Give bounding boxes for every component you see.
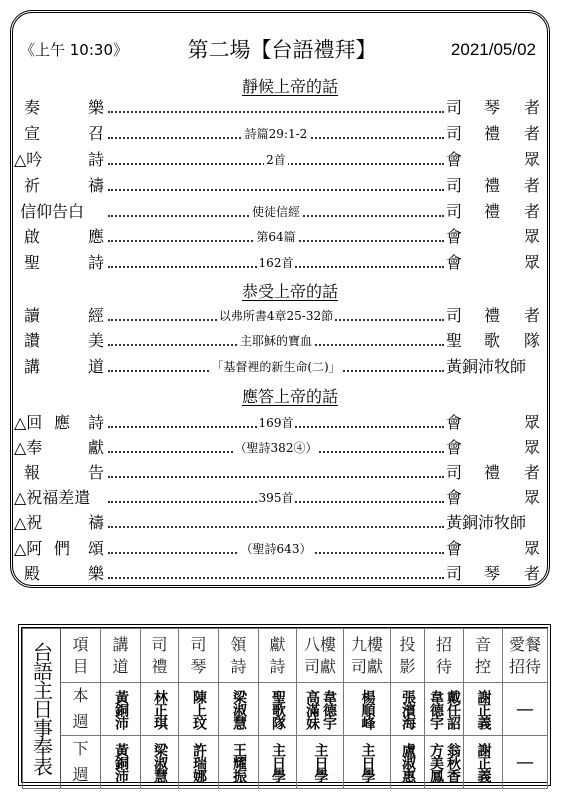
- schedule-cell: 主日學: [259, 736, 297, 789]
- schedule-cell: 黃銅沛: [101, 736, 141, 789]
- schedule-week-label: 本週: [61, 683, 101, 736]
- schedule-header-cell: 司禮: [141, 629, 179, 683]
- schedule-cell: 主日學: [297, 736, 344, 789]
- liturgy-item-label: 奏樂: [18, 96, 106, 120]
- dot-leader: 第64篇: [108, 225, 444, 249]
- schedule-cell: —: [503, 683, 548, 736]
- liturgy-row: 啟應第64篇會眾: [18, 225, 544, 249]
- schedule-header-cell: 愛餐招待: [503, 629, 548, 683]
- liturgy-item-leader: 司琴者: [446, 96, 540, 120]
- liturgy-item-detail: 以弗所書4章25-32節: [217, 309, 335, 323]
- schedule-header-cell: 音控: [464, 629, 503, 683]
- schedule-cell: 陳上玟: [179, 683, 219, 736]
- ministry-schedule-table: 台語主日事奉表 項目講道司禮司琴領詩獻詩八樓司獻九樓司獻投影招待音控愛餐招待 本…: [18, 624, 551, 786]
- liturgy-item-label: △吟詩: [18, 148, 106, 172]
- schedule-cell: 王耀振: [219, 736, 259, 789]
- liturgy-row: 報告司禮者: [18, 461, 544, 485]
- schedule-header-cell: 講道: [101, 629, 141, 683]
- liturgy-item-label: 聖詩: [18, 251, 106, 275]
- dot-leader: （聖詩382④）: [108, 436, 444, 460]
- schedule-cell: 林正琪: [141, 683, 179, 736]
- schedule-cell: 韋德宇戴任詔: [425, 683, 464, 736]
- liturgy-item-leader: 黃銅沛牧師: [446, 355, 540, 379]
- section-title-1: 靜候上帝的話: [0, 74, 564, 97]
- liturgy-item-detail: 「基督裡的新生命(二)」: [209, 360, 342, 374]
- liturgy-item-leader: 會眾: [446, 148, 540, 172]
- liturgy-item-detail: 2首: [264, 153, 288, 167]
- liturgy-item-leader: 司禮者: [446, 461, 540, 485]
- section-title-2: 恭受上帝的話: [0, 279, 564, 302]
- schedule-header-cell: 領詩: [219, 629, 259, 683]
- service-date: 2021/05/02: [451, 36, 536, 64]
- dot-leader: [108, 96, 444, 120]
- schedule-week-label: 下週: [61, 736, 101, 789]
- liturgy-row: 講道「基督裡的新生命(二)」黃銅沛牧師: [18, 355, 544, 379]
- liturgy-item-leader: 會眾: [446, 251, 540, 275]
- liturgy-item-detail: 詩篇29:1-2: [243, 127, 310, 141]
- schedule-cell: 梁淑慧: [219, 683, 259, 736]
- dot-leader: 使徒信經: [108, 200, 444, 224]
- dot-leader: 以弗所書4章25-32節: [108, 304, 444, 328]
- liturgy-item-leader: 黃銅沛牧師: [446, 511, 540, 535]
- liturgy-item-leader: 會眾: [446, 225, 540, 249]
- liturgy-item-label: △回應詩: [18, 411, 106, 435]
- liturgy-item-label: 殿樂: [18, 562, 106, 586]
- schedule-cell: 謝正義: [464, 736, 503, 789]
- liturgy-row: 殿樂司琴者: [18, 562, 544, 586]
- schedule-header-cell: 九樓司獻: [344, 629, 391, 683]
- dot-leader: 395首: [108, 486, 444, 510]
- liturgy-item-label: △阿們頌: [18, 537, 106, 561]
- schedule-title: 台語主日事奉表: [23, 629, 61, 789]
- liturgy-item-leader: 司禮者: [446, 122, 540, 146]
- liturgy-row: 聖詩162首會眾: [18, 251, 544, 275]
- liturgy-item-detail: （聖詩643）: [239, 542, 314, 556]
- dot-leader: [108, 511, 444, 535]
- schedule-cell: —: [503, 736, 548, 789]
- liturgy-item-detail: 395首: [257, 491, 296, 505]
- schedule-cell: 楊順峰: [344, 683, 391, 736]
- schedule-header-cell: 招待: [425, 629, 464, 683]
- liturgy-item-label: △祝福差遣: [18, 486, 106, 510]
- dot-leader: 「基督裡的新生命(二)」: [108, 355, 444, 379]
- schedule-cell: 聖歌隊: [259, 683, 297, 736]
- liturgy-item-leader: 聖歌隊: [446, 329, 540, 353]
- liturgy-item-detail: （聖詩382④）: [233, 441, 320, 455]
- liturgy-item-label: 報告: [18, 461, 106, 485]
- liturgy-row: △吟詩2首會眾: [18, 148, 544, 172]
- schedule-cell: 許瑞娜: [179, 736, 219, 789]
- liturgy-item-leader: 司禮者: [446, 304, 540, 328]
- liturgy-row: 祈禱司禮者: [18, 174, 544, 198]
- dot-leader: （聖詩643）: [108, 537, 444, 561]
- liturgy-item-detail: 使徒信經: [250, 205, 302, 219]
- dot-leader: 主耶穌的寶血: [108, 329, 444, 353]
- liturgy-item-label: 祈禱: [18, 174, 106, 198]
- liturgy-row: △回應詩169首會眾: [18, 411, 544, 435]
- liturgy-item-leader: 司禮者: [446, 174, 540, 198]
- schedule-cell: 張濱海: [391, 683, 425, 736]
- liturgy-item-label: 啟應: [18, 225, 106, 249]
- schedule-header-cell: 項目: [61, 629, 101, 683]
- liturgy-item-detail: 169首: [257, 416, 296, 430]
- dot-leader: [108, 461, 444, 485]
- liturgy-row: 奏樂司琴者: [18, 96, 544, 120]
- liturgy-item-detail: 主耶穌的寶血: [238, 334, 314, 348]
- liturgy-row: 宣召詩篇29:1-2司禮者: [18, 122, 544, 146]
- liturgy-row: △祝福差遣395首會眾: [18, 486, 544, 510]
- liturgy-item-detail: 第64篇: [254, 230, 297, 244]
- liturgy-item-label: 讀經: [18, 304, 106, 328]
- liturgy-row: △奉獻（聖詩382④）會眾: [18, 436, 544, 460]
- liturgy-item-label: △祝禱: [18, 511, 106, 535]
- liturgy-item-label: 宣召: [18, 122, 106, 146]
- liturgy-item-leader: 會眾: [446, 436, 540, 460]
- liturgy-item-leader: 司琴者: [446, 562, 540, 586]
- liturgy-item-leader: 司禮者: [446, 200, 540, 224]
- dot-leader: 詩篇29:1-2: [108, 122, 444, 146]
- liturgy-item-label: 講道: [18, 355, 106, 379]
- dot-leader: [108, 174, 444, 198]
- dot-leader: 2首: [108, 148, 444, 172]
- schedule-cell: 梁淑慧: [141, 736, 179, 789]
- schedule-header-cell: 投影: [391, 629, 425, 683]
- schedule-cell: 方美鳳翁秋香: [425, 736, 464, 789]
- liturgy-row: △祝禱黃銅沛牧師: [18, 511, 544, 535]
- schedule-header-cell: 獻詩: [259, 629, 297, 683]
- liturgy-item-leader: 會眾: [446, 486, 540, 510]
- schedule-header-cell: 八樓司獻: [297, 629, 344, 683]
- schedule-cell: 高滿妹韋德宇: [297, 683, 344, 736]
- schedule-cell: 黃銅沛: [101, 683, 141, 736]
- dot-leader: 162首: [108, 251, 444, 275]
- dot-leader: [108, 562, 444, 586]
- schedule-header-cell: 司琴: [179, 629, 219, 683]
- liturgy-row: 讚美主耶穌的寶血聖歌隊: [18, 329, 544, 353]
- schedule-cell: 盧淑惠: [391, 736, 425, 789]
- liturgy-item-leader: 會眾: [446, 537, 540, 561]
- liturgy-row: 信仰告白使徒信經司禮者: [18, 200, 544, 224]
- dot-leader: 169首: [108, 411, 444, 435]
- liturgy-item-label: 讚美: [18, 329, 106, 353]
- schedule-cell: 主日學: [344, 736, 391, 789]
- liturgy-item-leader: 會眾: [446, 411, 540, 435]
- liturgy-row: 讀經以弗所書4章25-32節司禮者: [18, 304, 544, 328]
- section-title-3: 應答上帝的話: [0, 384, 564, 407]
- schedule-cell: 謝正義: [464, 683, 503, 736]
- liturgy-item-label: 信仰告白: [18, 200, 106, 224]
- liturgy-item-detail: 162首: [257, 256, 296, 270]
- liturgy-row: △阿們頌（聖詩643）會眾: [18, 537, 544, 561]
- liturgy-item-label: △奉獻: [18, 436, 106, 460]
